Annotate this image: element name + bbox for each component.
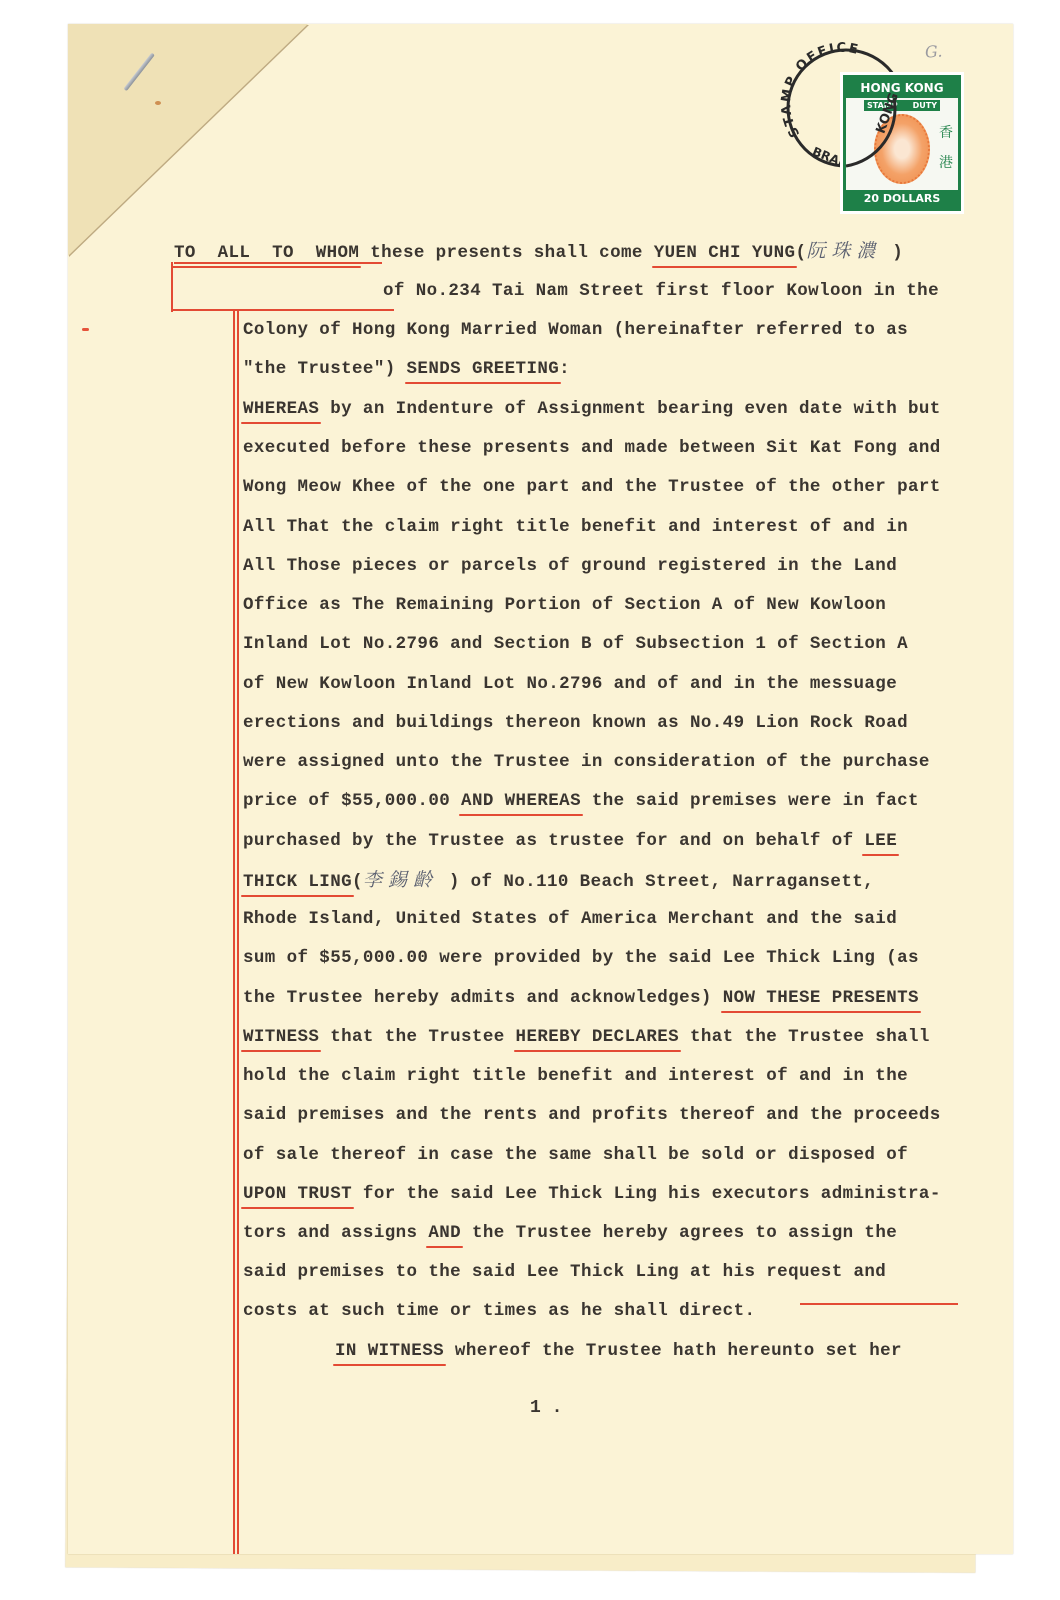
page-number: 1 . (530, 1398, 562, 1418)
line-2: of No.234 Tai Nam Street first floor Kow… (383, 281, 939, 301)
line-25: UPON TRUST for the said Lee Thick Ling h… (243, 1184, 941, 1204)
line-15: price of $55,000.00 AND WHEREAS the said… (243, 791, 919, 811)
trustee-chinese-name-handwritten: 阮珠濃 (806, 240, 881, 262)
text-segment: price of $55,000.00 (243, 791, 461, 811)
and-keyword: AND (428, 1223, 461, 1243)
line-3: Colony of Hong Kong Married Woman (herei… (243, 320, 908, 340)
line-12: of New Kowloon Inland Lot No.2796 and of… (243, 674, 897, 694)
red-rule-header-left (171, 262, 173, 312)
stamp-duty-right: DUTY (913, 100, 937, 111)
red-margin-line-outer (233, 311, 235, 1554)
rust-mark (155, 101, 161, 105)
text-segment: ) (881, 243, 903, 263)
line-28: costs at such time or times as he shall … (243, 1301, 755, 1321)
line-5: WHEREAS by an Indenture of Assignment be… (243, 399, 941, 419)
line-20: the Trustee hereby admits and acknowledg… (243, 988, 919, 1008)
postmark-lower-text: KONG (873, 91, 901, 136)
text-segment: the Trustee hereby agrees to assign the (461, 1223, 897, 1243)
text-segment: the Trustee hereby admits and acknowledg… (243, 988, 723, 1008)
line-7: Wong Meow Khee of the one part and the T… (243, 477, 941, 497)
red-rule-closing-line (800, 1303, 958, 1305)
now-these-presents-keyword: NOW THESE PRESENTS (723, 988, 919, 1008)
text-segment: that the Trustee (319, 1027, 515, 1047)
whereas-keyword: WHEREAS (243, 399, 319, 419)
line-16: purchased by the Trustee as trustee for … (243, 831, 897, 851)
red-margin-line-inner (237, 311, 239, 1554)
line-10: Office as The Remaining Portion of Secti… (243, 595, 886, 615)
stamp-side-char-2: 港 (938, 152, 954, 172)
beneficiary-name-part1: LEE (864, 831, 897, 851)
line-13: erections and buildings thereon known as… (243, 713, 908, 733)
line-19: sum of $55,000.00 were provided by the s… (243, 948, 919, 968)
beneficiary-name-part2: THICK LING (243, 872, 352, 892)
text-segment: these presents shall come (359, 243, 653, 263)
line-22: hold the claim right title benefit and i… (243, 1066, 908, 1086)
margin-red-mark (82, 328, 89, 331)
witness-keyword: WITNESS (243, 1027, 319, 1047)
line-9: All Those pieces or parcels of ground re… (243, 556, 897, 576)
text-segment: the said premises were in fact (581, 791, 919, 811)
line-27: said premises to the said Lee Thick Ling… (243, 1262, 886, 1282)
line-24: of sale thereof in case the same shall b… (243, 1145, 908, 1165)
text-segment: purchased by the Trustee as trustee for … (243, 831, 864, 851)
text-segment: "the Trustee") (243, 359, 407, 379)
red-rule-header-bottom (171, 309, 394, 311)
text-segment: for the said Lee Thick Ling his executor… (352, 1184, 941, 1204)
hereby-declares-keyword: HEREBY DECLARES (516, 1027, 680, 1047)
in-witness-keyword: IN WITNESS (335, 1341, 444, 1361)
line-17: THICK LING(李錫齡 ) of No.110 Beach Street,… (243, 870, 874, 892)
line-8: All That the claim right title benefit a… (243, 517, 908, 537)
line-11: Inland Lot No.2796 and Section B of Subs… (243, 634, 908, 654)
line-14: were assigned unto the Trustee in consid… (243, 752, 930, 772)
line-29: IN WITNESS whereof the Trustee hath here… (335, 1341, 902, 1361)
line-21: WITNESS that the Trustee HEREBY DECLARES… (243, 1027, 930, 1047)
text-segment: ) of No.110 Beach Street, Narragansett, (438, 872, 874, 892)
text-segment: ( (795, 243, 806, 263)
line-18: Rhode Island, United States of America M… (243, 909, 897, 929)
text-segment: tors and assigns (243, 1223, 428, 1243)
postmark-overlay: KONG (776, 38, 916, 178)
line-26: tors and assigns AND the Trustee hereby … (243, 1223, 897, 1243)
text-segment: that the Trustee shall (679, 1027, 930, 1047)
folded-corner (68, 24, 308, 256)
text-segment: ( (352, 872, 363, 892)
line-23: said premises and the rents and profits … (243, 1105, 941, 1125)
sends-greeting: SENDS GREETING (407, 359, 560, 379)
line-1: TO ALL TO WHOM these presents shall come… (174, 241, 903, 263)
line-6: executed before these presents and made … (243, 438, 941, 458)
heading-to-all-to-whom: TO ALL TO WHOM (174, 243, 359, 263)
text-segment: : (559, 359, 570, 379)
trustee-name: YUEN CHI YUNG (654, 243, 796, 263)
and-whereas-keyword: AND WHEREAS (461, 791, 581, 811)
text-segment: whereof the Trustee hath hereunto set he… (444, 1341, 902, 1361)
handwritten-note: G. (924, 41, 943, 61)
line-4: "the Trustee") SENDS GREETING: (243, 359, 570, 379)
text-segment: by an Indenture of Assignment bearing ev… (319, 399, 940, 419)
upon-trust-keyword: UPON TRUST (243, 1184, 352, 1204)
stamp-value-label: 20 DOLLARS (846, 190, 958, 208)
beneficiary-chinese-name-handwritten: 李錫齡 (363, 869, 438, 891)
stamp-side-char-1: 香 (938, 122, 954, 142)
